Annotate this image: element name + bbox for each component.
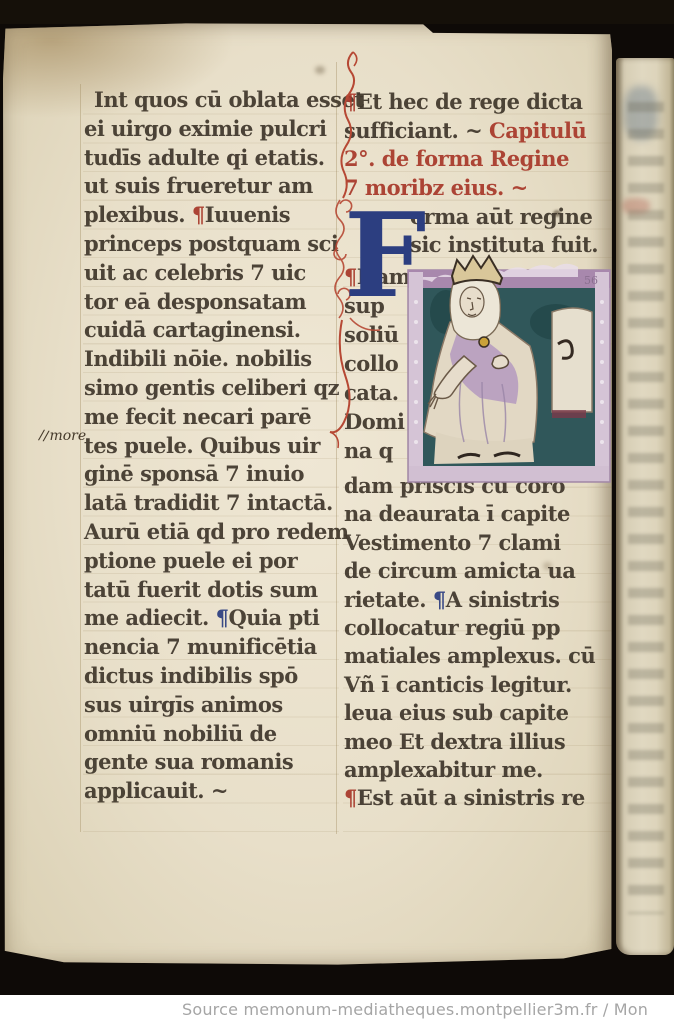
- ink-spot: [315, 66, 325, 74]
- text-line: tor eā desponsatam: [84, 288, 340, 317]
- text-line: de circum amicta ua: [344, 557, 616, 585]
- text-line: me fecit necari parē: [84, 403, 340, 432]
- ruling-line: [80, 84, 81, 832]
- text-segment: Indibili nōie. nobilis: [84, 346, 312, 371]
- text-segment: Vestimento 7 clami: [344, 530, 561, 555]
- text-segment: sus uirgīs animos: [84, 692, 283, 717]
- text-segment: me adiecit.: [84, 605, 216, 630]
- source-caption-bar: Source memonum-mediatheques.montpellier3…: [0, 995, 674, 1024]
- text-segment: gente sua romanis: [84, 749, 293, 774]
- text-segment: Iuuenis: [205, 202, 290, 227]
- text-line: tatū fuerit dotis sum: [84, 576, 340, 605]
- text-line: rietate. ¶A sinistris: [344, 586, 616, 614]
- rubric-segment: 2°. de forma Regine: [344, 146, 569, 171]
- left-text-column: Int quos cū oblata essetei uirgo eximie …: [84, 86, 340, 806]
- rubric-segment: ¶: [344, 785, 357, 810]
- text-line: Vestimento 7 clami: [344, 529, 616, 557]
- text-segment: Int quos cū oblata esset: [94, 87, 364, 112]
- text-segment: ut suis frueretur am: [84, 173, 313, 198]
- text-segment: collocatur regiū pp: [344, 615, 560, 640]
- text-segment: A sinistris: [446, 587, 560, 612]
- text-segment: dictus indibilis spō: [84, 663, 298, 688]
- text-line: omniū nobiliū de: [84, 720, 340, 749]
- text-segment: applicauit. ~: [84, 778, 228, 803]
- text-segment: Est aūt a sinistris re: [357, 785, 585, 810]
- text-line: cuidā cartaginensi.: [84, 316, 340, 345]
- text-line: uit ac celebris 7 uic: [84, 259, 340, 288]
- text-line: me adiecit. ¶Quia pti: [84, 604, 340, 633]
- text-line: applicauit. ~: [84, 777, 340, 806]
- text-segment: tudīs adulte qi etatis.: [84, 145, 325, 170]
- text-line: Aurū etiā qd pro redem: [84, 518, 340, 547]
- text-segment: orma aūt regine: [410, 204, 592, 229]
- marginal-note: //more: [39, 428, 86, 444]
- text-segment: tes puele. Quibus uir: [84, 433, 320, 458]
- ghost-text-column: [628, 102, 664, 914]
- text-line: plexibus. ¶Iuuenis: [84, 201, 340, 230]
- text-line: gente sua romanis: [84, 748, 340, 777]
- text-segment: ginē sponsā 7 inuio: [84, 461, 304, 486]
- text-line: ut suis frueretur am: [84, 172, 340, 201]
- rubric-segment: Capitulū: [489, 118, 586, 143]
- text-segment: me fecit necari parē: [84, 404, 311, 429]
- text-line: amplexabitur me.: [344, 756, 616, 784]
- text-segment: Vñ ī canticis legitur.: [344, 672, 572, 697]
- text-segment: ptione puele ei por: [84, 548, 297, 573]
- text-segment: na deaurata ī capite: [344, 501, 570, 526]
- text-segment: amplexabitur me.: [344, 757, 543, 782]
- text-segment: uit ac celebris 7 uic: [84, 260, 306, 285]
- manuscript-page: Int quos cū oblata essetei uirgo eximie …: [3, 22, 612, 967]
- text-line: ¶Est aūt a sinistris re: [344, 784, 616, 812]
- text-segment: meo Et dextra illius: [344, 729, 565, 754]
- text-segment: omniū nobiliū de: [84, 721, 277, 746]
- text-line: meo Et dextra illius: [344, 728, 616, 756]
- source-caption-text: Source memonum-mediatheques.montpellier3…: [182, 1000, 648, 1019]
- text-segment: leua eius sub capite: [344, 700, 568, 725]
- text-segment: Quia pti: [228, 605, 319, 630]
- text-segment: matiales amplexus. cū: [344, 643, 595, 668]
- text-line: ¶Et hec de rege dicta: [344, 88, 616, 117]
- text-line: collocatur regiū pp: [344, 614, 616, 642]
- rubric-segment: ¶: [216, 605, 229, 630]
- text-segment: tor eā desponsatam: [84, 289, 306, 314]
- text-segment: rietate.: [344, 587, 433, 612]
- text-segment: nencia 7 munificētia: [84, 634, 317, 659]
- text-line: 2°. de forma Regine: [344, 145, 616, 174]
- rubric-segment: ¶: [433, 587, 446, 612]
- fore-edge-pages: [616, 58, 674, 955]
- text-segment: plexibus.: [84, 202, 192, 227]
- text-segment: de circum amicta ua: [344, 558, 575, 583]
- queen-miniature-illustration: 56: [406, 252, 614, 486]
- rubric-segment: ¶: [192, 202, 205, 227]
- text-segment: simo gentis celiberi qz: [84, 375, 339, 400]
- manuscript-photo: Int quos cū oblata essetei uirgo eximie …: [0, 0, 674, 995]
- text-line: ei uirgo eximie pulcri: [84, 115, 340, 144]
- right-text-column-bottom: dam priscis cū corona deaurata ī capiteV…: [344, 472, 616, 813]
- text-segment: ei uirgo eximie pulcri: [84, 116, 326, 141]
- text-line: nencia 7 munificētia: [84, 633, 340, 662]
- text-line: leua eius sub capite: [344, 699, 616, 727]
- text-line: ginē sponsā 7 inuio: [84, 460, 340, 489]
- text-line: Int quos cū oblata esset: [84, 86, 340, 115]
- marginal-note-text: more: [49, 428, 86, 444]
- text-segment: princeps postquam sci: [84, 231, 338, 256]
- text-line: Vñ ī canticis legitur.: [344, 671, 616, 699]
- text-segment: Aurū etiā qd pro redem: [84, 519, 349, 544]
- text-line: ptione puele ei por: [84, 547, 340, 576]
- text-segment: tatū fuerit dotis sum: [84, 577, 318, 602]
- text-line: princeps postquam sci: [84, 230, 340, 259]
- text-line: tudīs adulte qi etatis.: [84, 144, 340, 173]
- text-segment: cuidā cartaginensi.: [84, 317, 301, 342]
- svg-text:56: 56: [584, 274, 598, 287]
- text-line: simo gentis celiberi qz: [84, 374, 340, 403]
- text-line: latā tradidit 7 intactā.: [84, 489, 340, 518]
- text-line: tes puele. Quibus uir: [84, 432, 340, 461]
- text-segment: latā tradidit 7 intactā.: [84, 490, 333, 515]
- text-line: sus uirgīs animos: [84, 691, 340, 720]
- text-segment: Et hec de rege dicta: [357, 89, 583, 114]
- text-line: na deaurata ī capite: [344, 500, 616, 528]
- text-line: sufficiant. ~ Capitulū: [344, 117, 616, 146]
- text-line: matiales amplexus. cū: [344, 642, 616, 670]
- text-line: Indibili nōie. nobilis: [84, 345, 340, 374]
- text-line: dictus indibilis spō: [84, 662, 340, 691]
